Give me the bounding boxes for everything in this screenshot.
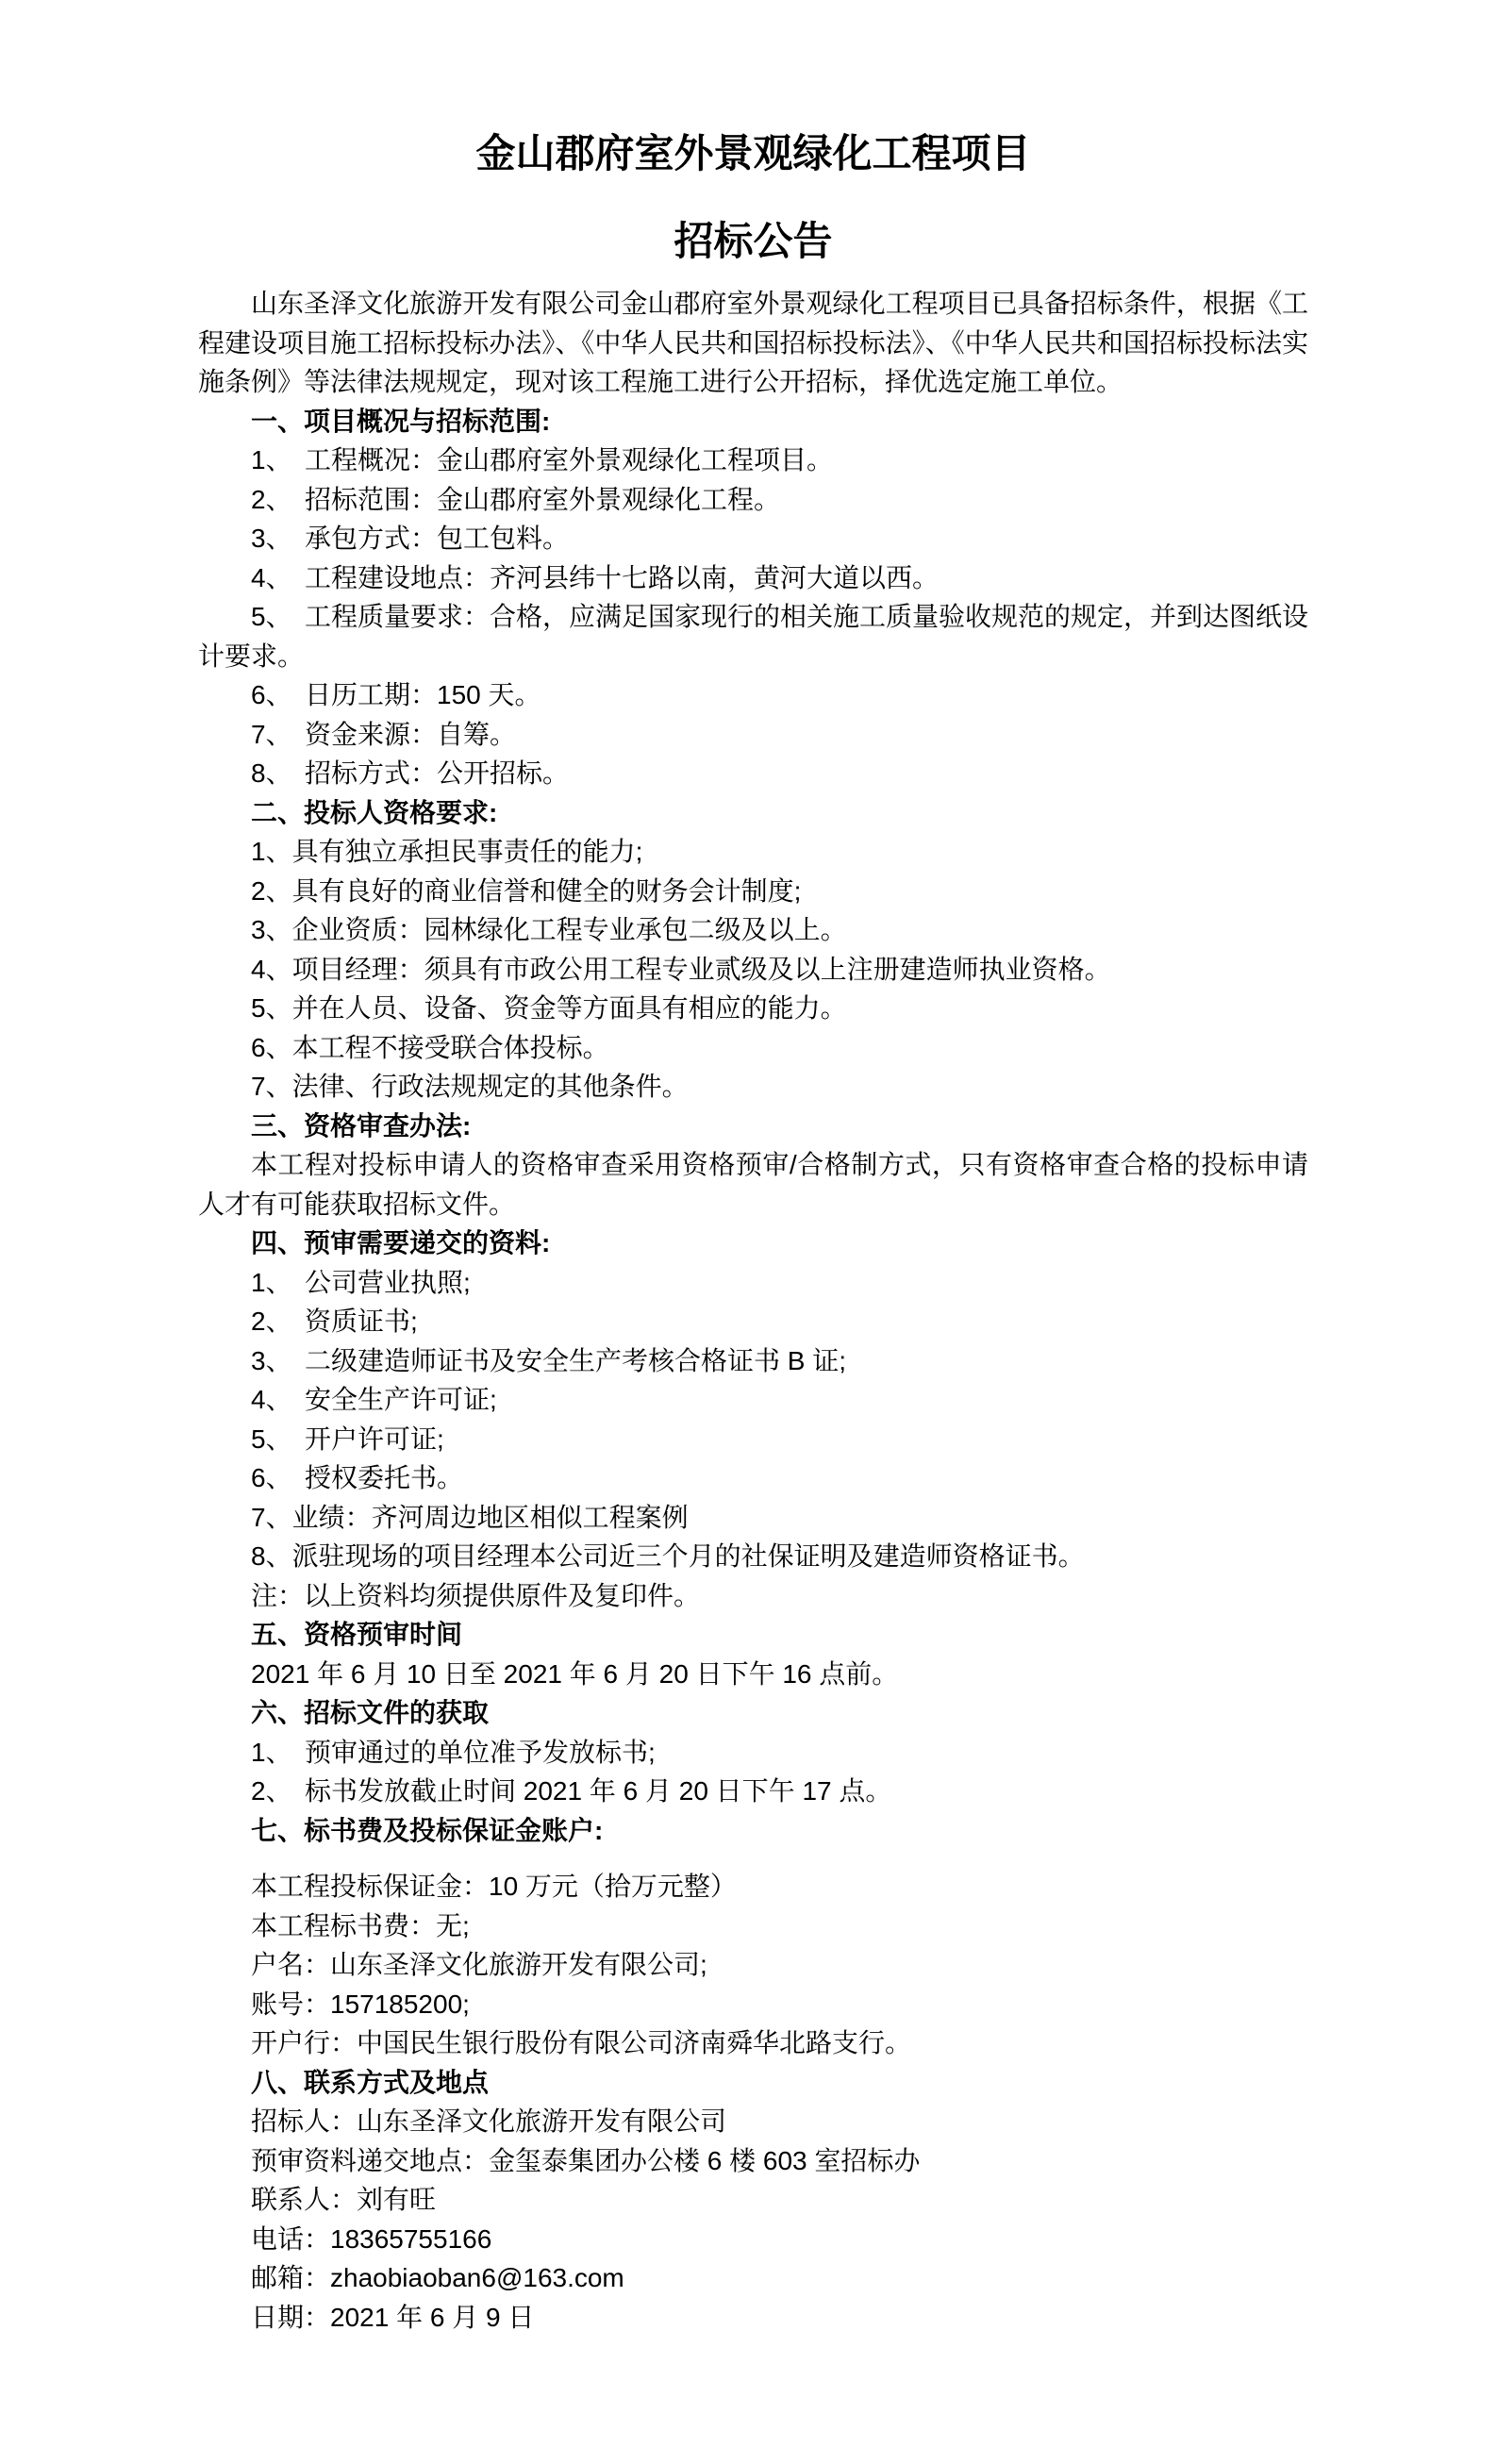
item-text: 资质证书; xyxy=(305,1307,418,1336)
section-1-heading: 一、项目概况与招标范围: xyxy=(198,402,1308,441)
item-number: 7、 xyxy=(251,1072,292,1101)
bid-deposit-line: 本工程投标保证金：10 万元（拾万元整） xyxy=(198,1867,1308,1906)
document-subtitle: 招标公告 xyxy=(198,213,1308,270)
item-text: 承包方式：包工包料。 xyxy=(305,524,569,553)
list-item: 1、公司营业执照; xyxy=(198,1263,1308,1303)
list-item: 8、招标方式：公开招标。 xyxy=(198,754,1308,793)
item-number: 6、 xyxy=(251,1033,292,1062)
list-item: 2、具有良好的商业信誉和健全的财务会计制度; xyxy=(198,872,1308,911)
item-number: 4、 xyxy=(251,558,305,598)
list-item: 1、具有独立承担民事责任的能力; xyxy=(198,832,1308,872)
list-item: 2、标书发放截止时间 2021 年 6 月 20 日下午 17 点。 xyxy=(198,1772,1308,1811)
list-item: 7、业绩：齐河周边地区相似工程案例 xyxy=(198,1498,1308,1538)
item-number: 8、 xyxy=(251,1541,292,1571)
list-item: 5、开户许可证; xyxy=(198,1420,1308,1459)
item-text: 工程概况：金山郡府室外景观绿化工程项目。 xyxy=(305,445,833,474)
item-number: 5、 xyxy=(251,1420,305,1459)
item-number: 4、 xyxy=(251,955,292,984)
item-number: 6、 xyxy=(251,1458,305,1498)
item-number: 5、 xyxy=(251,597,305,637)
account-name-line: 户名：山东圣泽文化旅游开发有限公司; xyxy=(198,1945,1308,1985)
item-number: 1、 xyxy=(251,1263,305,1303)
document-fee-line: 本工程标书费：无; xyxy=(198,1906,1308,1946)
section-5-heading: 五、资格预审时间 xyxy=(198,1615,1308,1655)
item-number: 8、 xyxy=(251,754,305,793)
item-text: 工程建设地点：齐河县纬十七路以南，黄河大道以西。 xyxy=(305,563,939,592)
item-number: 1、 xyxy=(251,1733,305,1773)
submission-address-line: 预审资料递交地点：金玺泰集团办公楼 6 楼 603 室招标办 xyxy=(198,2141,1308,2181)
item-text: 开户许可证; xyxy=(305,1424,444,1454)
item-number: 2、 xyxy=(251,1772,305,1811)
list-item: 7、资金来源：自筹。 xyxy=(198,715,1308,755)
item-number: 3、 xyxy=(251,1341,305,1381)
item-number: 6、 xyxy=(251,675,305,715)
item-number: 7、 xyxy=(251,1503,292,1532)
section-8-heading: 八、联系方式及地点 xyxy=(198,2063,1308,2103)
date-line: 日期：2021 年 6 月 9 日 xyxy=(198,2298,1308,2338)
section-4-heading: 四、预审需要递交的资料: xyxy=(198,1224,1308,1263)
list-item: 7、法律、行政法规规定的其他条件。 xyxy=(198,1067,1308,1107)
list-item: 8、派驻现场的项目经理本公司近三个月的社保证明及建造师资格证书。 xyxy=(198,1537,1308,1576)
section-3-paragraph: 本工程对投标申请人的资格审查采用资格预审/合格制方式，只有资格审查合格的投标申请… xyxy=(198,1145,1308,1224)
contact-person-line: 联系人：刘有旺 xyxy=(198,2180,1308,2220)
item-text: 具有良好的商业信誉和健全的财务会计制度; xyxy=(292,876,802,906)
list-item: 3、企业资质：园林绿化工程专业承包二级及以上。 xyxy=(198,910,1308,950)
document-page: 金山郡府室外景观绿化工程项目 招标公告 山东圣泽文化旅游开发有限公司金山郡府室外… xyxy=(0,0,1497,2464)
item-text: 法律、行政法规规定的其他条件。 xyxy=(292,1072,689,1101)
item-text: 招标方式：公开招标。 xyxy=(305,758,569,788)
list-item: 1、工程概况：金山郡府室外景观绿化工程项目。 xyxy=(198,441,1308,480)
section-6-heading: 六、招标文件的获取 xyxy=(198,1693,1308,1733)
list-item: 3、二级建造师证书及安全生产考核合格证书 B 证; xyxy=(198,1341,1308,1381)
item-text: 标书发放截止时间 2021 年 6 月 20 日下午 17 点。 xyxy=(305,1776,891,1806)
list-item: 1、预审通过的单位准予发放标书; xyxy=(198,1733,1308,1773)
section-3-heading: 三、资格审查办法: xyxy=(198,1107,1308,1146)
item-number: 2、 xyxy=(251,876,292,906)
account-number-line: 账号：157185200; xyxy=(198,1985,1308,2024)
item-text: 具有独立承担民事责任的能力; xyxy=(292,837,643,866)
item-number: 2、 xyxy=(251,480,305,520)
bank-line: 开户行：中国民生银行股份有限公司济南舜华北路支行。 xyxy=(198,2023,1308,2063)
list-item: 6、本工程不接受联合体投标。 xyxy=(198,1028,1308,1068)
document-body: 山东圣泽文化旅游开发有限公司金山郡府室外景观绿化工程项目已具备招标条件，根据《工… xyxy=(198,284,1308,2337)
item-text: 预审通过的单位准予发放标书; xyxy=(305,1738,656,1767)
item-number: 5、 xyxy=(251,993,292,1023)
item-text: 业绩：齐河周边地区相似工程案例 xyxy=(292,1503,689,1532)
list-item: 4、项目经理：须具有市政公用工程专业贰级及以上注册建造师执业资格。 xyxy=(198,950,1308,990)
item-number: 3、 xyxy=(251,915,292,944)
email-line: 邮箱：zhaobiaoban6@163.com xyxy=(198,2258,1308,2298)
section-5-paragraph: 2021 年 6 月 10 日至 2021 年 6 月 20 日下午 16 点前… xyxy=(198,1655,1308,1694)
item-number: 1、 xyxy=(251,441,305,480)
item-number: 3、 xyxy=(251,519,305,558)
item-number: 2、 xyxy=(251,1302,305,1341)
document-title: 金山郡府室外景观绿化工程项目 xyxy=(198,125,1308,182)
item-text: 资金来源：自筹。 xyxy=(305,720,516,749)
tenderee-line: 招标人：山东圣泽文化旅游开发有限公司 xyxy=(198,2102,1308,2141)
item-text: 派驻现场的项目经理本公司近三个月的社保证明及建造师资格证书。 xyxy=(292,1541,1085,1571)
item-text: 授权委托书。 xyxy=(305,1463,463,1492)
item-text: 并在人员、设备、资金等方面具有相应的能力。 xyxy=(292,993,847,1023)
list-item: 4、安全生产许可证; xyxy=(198,1380,1308,1420)
item-text: 日历工期：150 天。 xyxy=(305,680,541,709)
list-item: 6、日历工期：150 天。 xyxy=(198,675,1308,715)
list-item: 2、招标范围：金山郡府室外景观绿化工程。 xyxy=(198,480,1308,520)
list-item: 3、承包方式：包工包料。 xyxy=(198,519,1308,558)
item-text: 企业资质：园林绿化工程专业承包二级及以上。 xyxy=(292,915,847,944)
section-2-heading: 二、投标人资格要求: xyxy=(198,793,1308,833)
item-text: 安全生产许可证; xyxy=(305,1385,497,1414)
intro-paragraph: 山东圣泽文化旅游开发有限公司金山郡府室外景观绿化工程项目已具备招标条件，根据《工… xyxy=(198,284,1308,402)
item-text: 项目经理：须具有市政公用工程专业贰级及以上注册建造师执业资格。 xyxy=(292,955,1111,984)
item-text: 本工程不接受联合体投标。 xyxy=(292,1033,609,1062)
item-number: 4、 xyxy=(251,1380,305,1420)
item-text: 二级建造师证书及安全生产考核合格证书 B 证; xyxy=(305,1346,846,1375)
phone-line: 电话：18365755166 xyxy=(198,2220,1308,2259)
list-item: 6、授权委托书。 xyxy=(198,1458,1308,1498)
list-item: 5、并在人员、设备、资金等方面具有相应的能力。 xyxy=(198,989,1308,1028)
section-4-note: 注：以上资料均须提供原件及复印件。 xyxy=(198,1576,1308,1616)
item-number: 7、 xyxy=(251,715,305,755)
item-text: 公司营业执照; xyxy=(305,1268,471,1297)
item-text: 招标范围：金山郡府室外景观绿化工程。 xyxy=(305,485,780,514)
section-7-heading: 七、标书费及投标保证金账户: xyxy=(198,1811,1308,1851)
list-item: 2、资质证书; xyxy=(198,1302,1308,1341)
list-item: 5、工程质量要求：合格，应满足国家现行的相关施工质量验收规范的规定，并到达图纸设… xyxy=(198,597,1308,675)
list-item: 4、工程建设地点：齐河县纬十七路以南，黄河大道以西。 xyxy=(198,558,1308,598)
item-number: 1、 xyxy=(251,837,292,866)
item-text: 工程质量要求：合格，应满足国家现行的相关施工质量验收规范的规定，并到达图纸设计要… xyxy=(198,602,1308,671)
